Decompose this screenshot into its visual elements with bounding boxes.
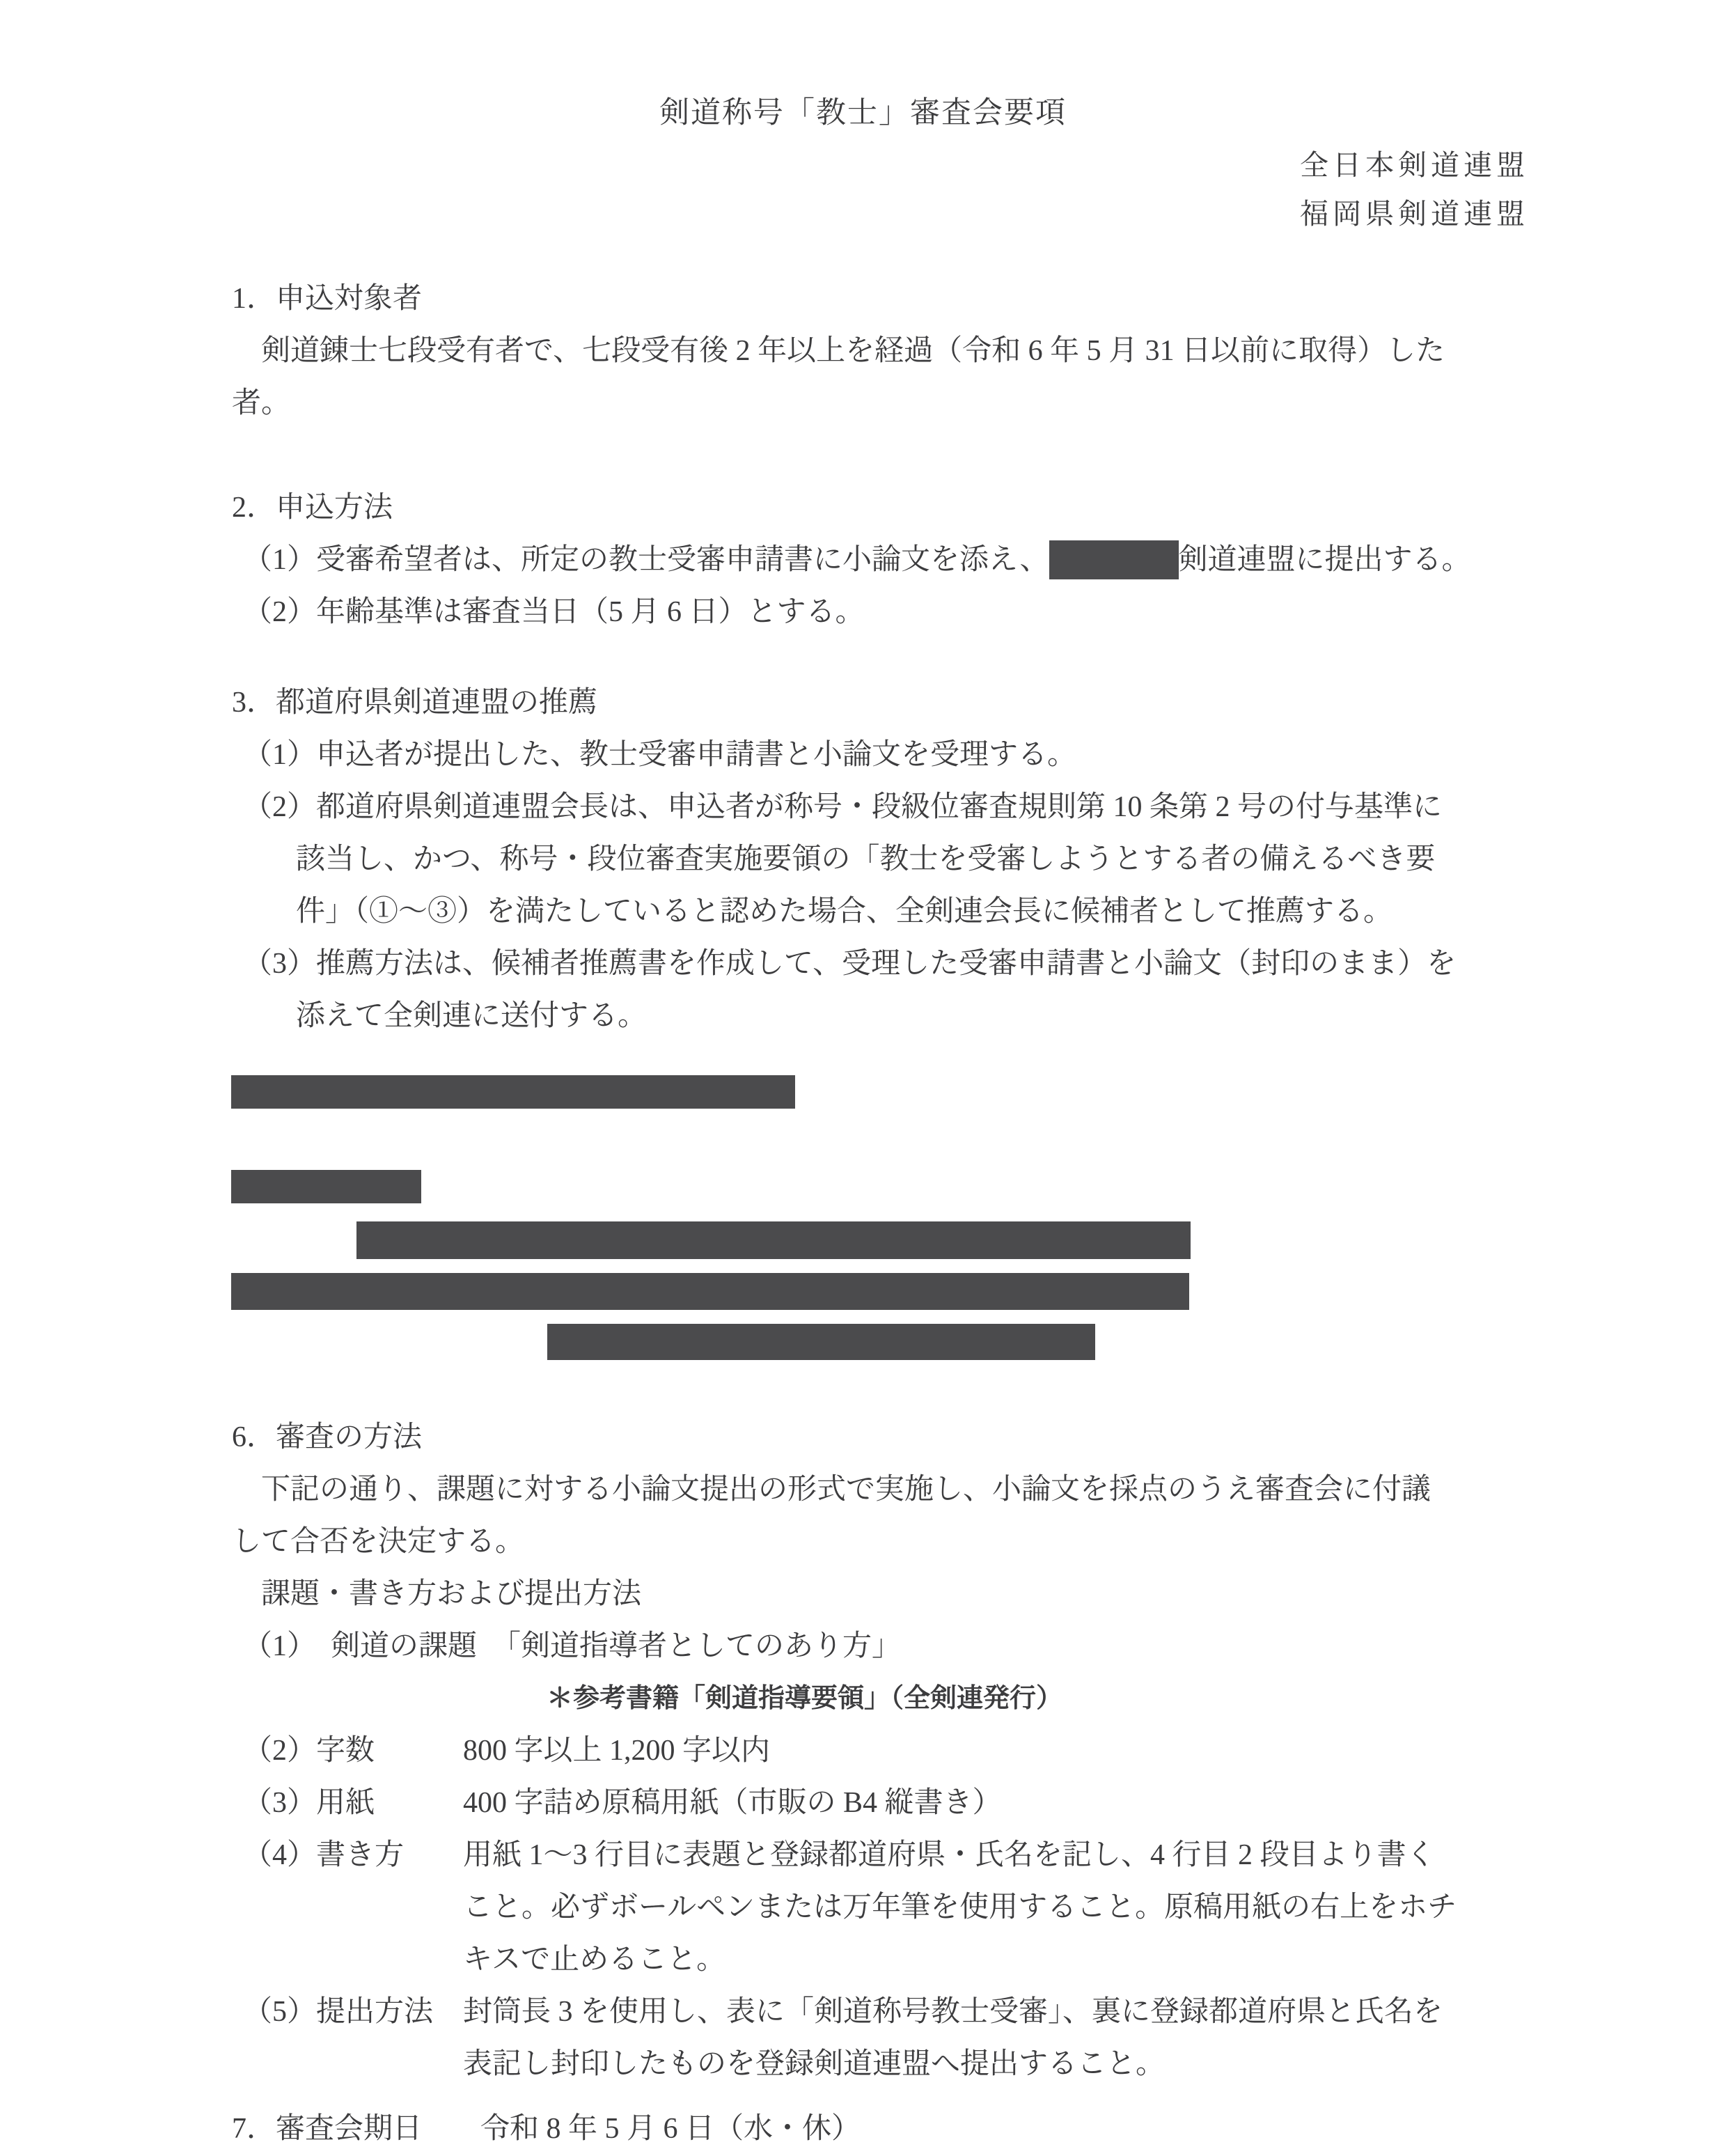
section-heading: 2．申込方法 <box>232 482 1534 534</box>
section-heading: 1．申込対象者 <box>232 273 1534 325</box>
item-text-post: 剣道連盟に提出する。 <box>1179 544 1471 576</box>
item-desc: 用紙 1～3 行目に表題と登録都道府県・氏名を記し、4 行目 2 段目より書く <box>463 1839 1436 1871</box>
section-examination-method: 6．審査の方法 下記の通り、課題に対する小論文提出の形式で実施し、小論文を採点の… <box>232 1412 1534 2091</box>
list-item-continuation: 該当し、かつ、称号・段位審査実施要領の「教士を受審しようとする者の備えるべき要 <box>232 834 1534 886</box>
section-application-method: 2．申込方法 （1）受審希望者は、所定の教士受審申請書に小論文を添え、剣道連盟に… <box>232 482 1534 639</box>
redaction-bar-5 <box>547 1324 1095 1360</box>
section-heading: 7．審査会期日 令和 8 年 5 月 6 日（水・休） <box>232 2103 1534 2155</box>
section-heading: 3．都道府県剣道連盟の推薦 <box>232 677 1534 729</box>
organization-line-2: 福岡県剣道連盟 <box>1300 189 1529 238</box>
section-heading: 6．審査の方法 <box>232 1412 1534 1464</box>
item-label: （2）字数 <box>243 1725 463 1777</box>
list-item: （2）都道府県剣道連盟会長は、申込者が称号・段級位審査規則第 10 条第 2 号… <box>232 781 1534 834</box>
list-item-continuation: こと。必ずボールペンまたは万年筆を使用すること。原稿用紙の右上をホチ <box>232 1882 1534 1934</box>
item-label: （5）提出方法 <box>243 1986 463 2038</box>
body-line: 者。 <box>232 377 1534 430</box>
item-label: （4）書き方 <box>243 1829 463 1882</box>
list-item: （3）推薦方法は、候補者推薦書を作成して、受理した受審申請書と小論文（封印のまま… <box>232 938 1534 990</box>
organization-block: 全日本剣道連盟 福岡県剣道連盟 <box>1300 141 1529 238</box>
list-item-continuation: 件」（①～③）を満たしていると認めた場合、全剣連会長に候補者として推薦する。 <box>232 886 1534 938</box>
item-desc: 800 字以上 1,200 字以内 <box>463 1735 770 1767</box>
list-item: （1）申込者が提出した、教士受審申請書と小論文を受理する。 <box>232 729 1534 781</box>
page-title: 剣道称号「教士」審査会要項 <box>0 89 1726 138</box>
list-item: （1） 剣道の課題 「剣道指導者としてのあり方」 <box>232 1620 1534 1673</box>
document-page: 剣道称号「教士」審査会要項 全日本剣道連盟 福岡県剣道連盟 1．申込対象者 剣道… <box>0 0 1726 2156</box>
item-desc: 封筒長 3 を使用し、表に「剣道称号教士受審」、裏に登録都道府県と氏名を <box>463 1996 1443 2028</box>
list-item-continuation: 添えて全剣連に送付する。 <box>232 990 1534 1042</box>
reference-note: ＊参考書籍「剣道指導要領」（全剣連発行） <box>232 1673 1534 1725</box>
list-item: （4）書き方用紙 1～3 行目に表題と登録都道府県・氏名を記し、4 行目 2 段… <box>232 1829 1534 1882</box>
body-line: 剣道錬士七段受有者で、七段受有後 2 年以上を経過（令和 6 年 5 月 31 … <box>232 325 1534 377</box>
list-item: （1）受審希望者は、所定の教士受審申請書に小論文を添え、剣道連盟に提出する。 <box>232 534 1534 586</box>
section-recommendation: 3．都道府県剣道連盟の推薦 （1）申込者が提出した、教士受審申請書と小論文を受理… <box>232 677 1534 1042</box>
list-item: （3）用紙400 字詰め原稿用紙（市販の B4 縦書き） <box>232 1777 1534 1829</box>
item-label: （3）用紙 <box>243 1777 463 1829</box>
redaction-bar-3 <box>356 1221 1191 1259</box>
section-examination-date: 7．審査会期日 令和 8 年 5 月 6 日（水・休） <box>232 2103 1534 2155</box>
sub-heading: 課題・書き方および提出方法 <box>232 1568 1534 1620</box>
list-item: （5）提出方法封筒長 3 を使用し、表に「剣道称号教士受審」、裏に登録都道府県と… <box>232 1986 1534 2038</box>
list-item: （2）字数800 字以上 1,200 字以内 <box>232 1725 1534 1777</box>
item-desc: 400 字詰め原稿用紙（市販の B4 縦書き） <box>463 1787 1002 1819</box>
body-line: して合否を決定する。 <box>232 1516 1534 1568</box>
item-text-pre: （1）受審希望者は、所定の教士受審申請書に小論文を添え、 <box>243 544 1049 576</box>
list-item-continuation: キスで止めること。 <box>232 1934 1534 1986</box>
redaction-bar-4 <box>231 1273 1189 1310</box>
redaction-bar-1 <box>231 1075 795 1109</box>
organization-line-1: 全日本剣道連盟 <box>1300 141 1529 189</box>
list-item: （2）年齢基準は審査当日（5 月 6 日）とする。 <box>232 586 1534 639</box>
redaction-inline-box <box>1049 540 1179 579</box>
list-item-continuation: 表記し封印したものを登録剣道連盟へ提出すること。 <box>232 2038 1534 2091</box>
body-line: 下記の通り、課題に対する小論文提出の形式で実施し、小論文を採点のうえ審査会に付議 <box>232 1464 1534 1516</box>
section-applicants: 1．申込対象者 剣道錬士七段受有者で、七段受有後 2 年以上を経過（令和 6 年… <box>232 273 1534 430</box>
redaction-bar-2 <box>231 1170 421 1203</box>
